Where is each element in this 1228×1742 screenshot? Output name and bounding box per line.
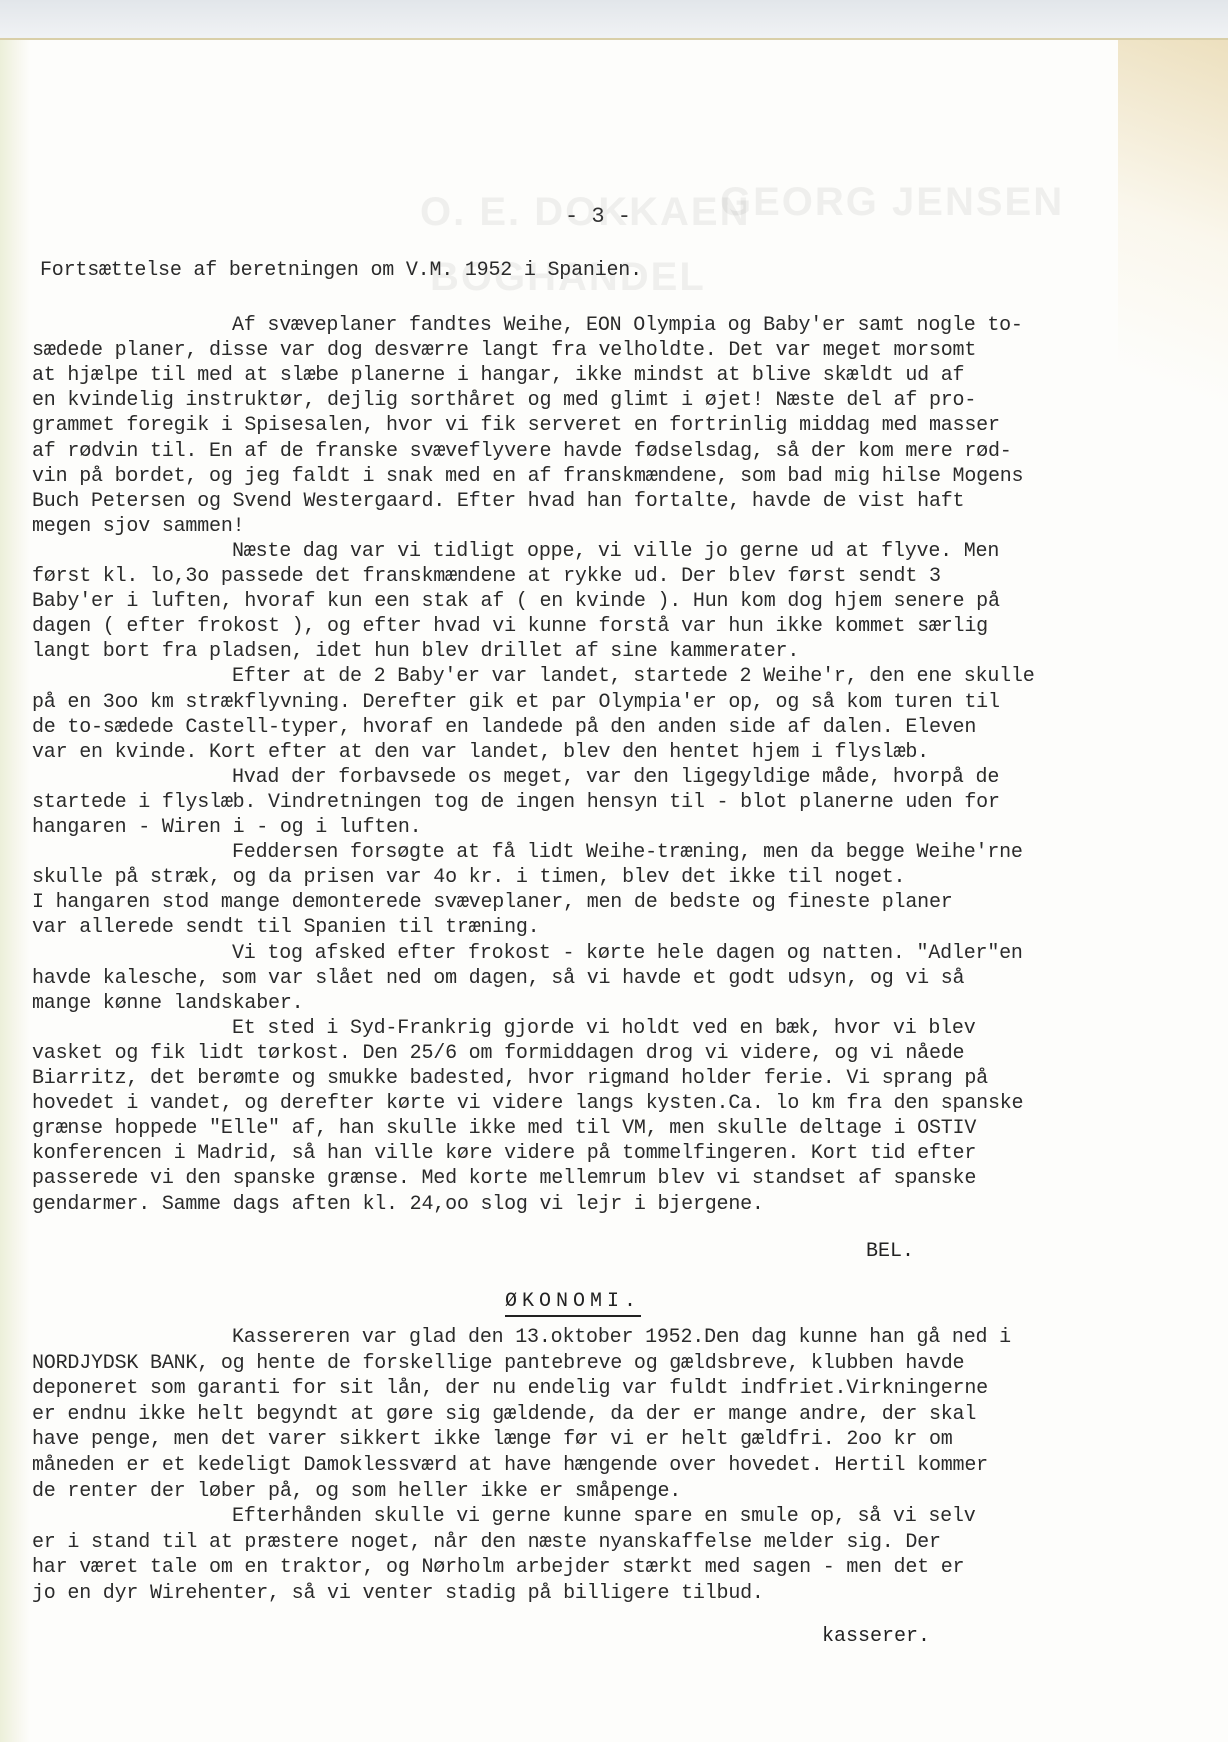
text-line: mange kønne landskaber.	[32, 992, 303, 1016]
text-line: konferencen i Madrid, så han ville køre …	[32, 1142, 976, 1166]
text-line: deponeret som garanti for sit lån, der n…	[32, 1377, 988, 1401]
text-line: NORDJYDSK BANK, og hente de forskellige …	[32, 1352, 964, 1376]
text-line: en kvindelig instruktør, dejlig sorthåre…	[32, 389, 976, 413]
text-line: først kl. lo,3o passede det franskmænden…	[32, 565, 941, 589]
text-line: var en kvinde. Kort efter at den var lan…	[32, 741, 929, 765]
text-line: skulle på stræk, og da prisen var 4o kr.…	[32, 866, 905, 890]
text-line: Hvad der forbavsede os meget, var den li…	[232, 766, 999, 790]
text-line: gendarmer. Samme dags aften kl. 24,oo sl…	[32, 1193, 764, 1217]
page-number: - 3 -	[565, 204, 631, 229]
text-line: megen sjov sammen!	[32, 515, 244, 539]
text-line: at hjælpe til med at slæbe planerne i ha…	[32, 364, 964, 388]
text-line: Et sted i Syd-Frankrig gjorde vi holdt v…	[232, 1017, 976, 1041]
economy-signature: kasserer.	[822, 1625, 930, 1648]
text-line: grænse hoppede "Elle" af, han skulle ikk…	[32, 1117, 976, 1141]
text-line: Efterhånden skulle vi gerne kunne spare …	[232, 1505, 976, 1529]
text-line: Biarritz, det berømte og smukke badested…	[32, 1067, 988, 1091]
text-line: I hangaren stod mange demonterede svævep…	[32, 891, 953, 915]
text-line: Efter at de 2 Baby'er var landet, starte…	[232, 665, 1035, 689]
text-line: Af svæveplaner fandtes Weihe, EON Olympi…	[232, 314, 1023, 338]
text-line: Kassereren var glad den 13.oktober 1952.…	[232, 1326, 1011, 1350]
text-line: vin på bordet, og jeg faldt i snak med e…	[32, 465, 1023, 489]
text-line: Baby'er i luften, hvoraf kun een stak af…	[32, 590, 1000, 614]
text-line: passerede vi den spanske grænse. Med kor…	[32, 1167, 976, 1191]
text-line: af rødvin til. En af de franske svævefly…	[32, 440, 1012, 464]
show-through-text: GEORG JENSEN	[720, 180, 1064, 225]
text-line: hangaren - Wiren i - og i luften.	[32, 816, 421, 840]
text-line: på en 3oo km strækflyvning. Derefter gik…	[32, 691, 1000, 715]
text-line: er endnu ikke helt begyndt at gøre sig g…	[32, 1403, 976, 1427]
text-line: langt bort fra pladsen, idet hun blev dr…	[32, 640, 799, 664]
text-line: sædede planer, disse var dog desværre la…	[32, 339, 976, 363]
text-line: grammet foregik i Spisesalen, hvor vi fi…	[32, 414, 1000, 438]
text-line: måneden er et kedeligt Damoklessværd at …	[32, 1454, 988, 1478]
scan-backdrop	[0, 0, 1228, 40]
text-line: dagen ( efter frokost ), og efter hvad v…	[32, 615, 988, 639]
section-title: Fortsættelse af beretningen om V.M. 1952…	[40, 259, 642, 283]
article-signature: BEL.	[866, 1240, 914, 1263]
text-line: hovedet i vandet, og derefter kørte vi v…	[32, 1092, 1023, 1116]
text-line: startede i flyslæb. Vindretningen tog de…	[32, 791, 1000, 815]
text-line: vasket og fik lidt tørkost. Den 25/6 om …	[32, 1042, 964, 1066]
text-line: Næste dag var vi tidligt oppe, vi ville …	[232, 540, 999, 564]
text-line: Buch Petersen og Svend Westergaard. Efte…	[32, 490, 964, 514]
text-line: de renter der løber på, og som heller ik…	[32, 1480, 681, 1504]
text-line: havde kalesche, som var slået ned om dag…	[32, 967, 964, 991]
text-line: har været tale om en traktor, og Nørholm…	[32, 1556, 964, 1580]
text-line: de to-sædede Castell-typer, hvoraf en la…	[32, 716, 976, 740]
text-line: jo en dyr Wirehenter, så vi venter stadi…	[32, 1582, 764, 1606]
text-line: er i stand til at præstere noget, når de…	[32, 1531, 941, 1555]
text-line: have penge, men det varer sikkert ikke l…	[32, 1428, 953, 1452]
economy-heading: ØKONOMI.	[505, 1290, 641, 1317]
text-line: var allerede sendt til Spanien til træni…	[32, 916, 539, 940]
text-line: Vi tog afsked efter frokost - kørte hele…	[232, 942, 1023, 966]
text-line: Feddersen forsøgte at få lidt Weihe-træn…	[232, 841, 1023, 865]
